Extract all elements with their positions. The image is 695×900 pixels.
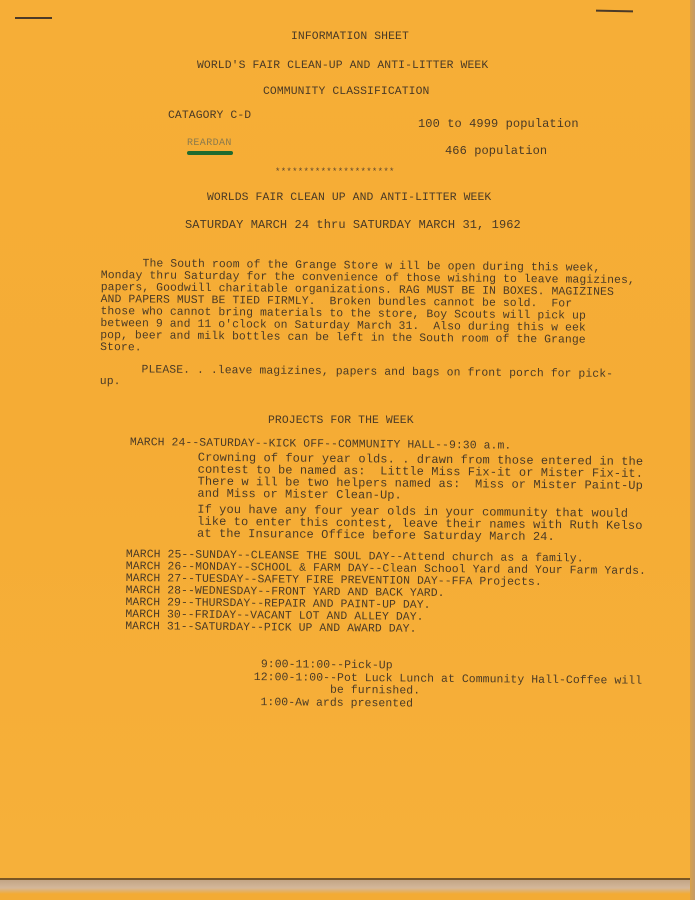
- punch-mark-left: [15, 17, 52, 19]
- event-title: WORLDS FAIR CLEAN UP AND ANTI-LITTER WEE…: [207, 192, 491, 204]
- please-line: up.: [100, 376, 121, 388]
- intro-line: Store.: [100, 342, 142, 354]
- schedule-item: 9:00-11:00--Pick-Up: [254, 659, 393, 672]
- kickoff-detail: at the Insurance Office before Saturday …: [197, 528, 555, 543]
- page-stack-edge: [0, 880, 695, 900]
- town-name: REARDAN: [187, 138, 232, 150]
- asterisk-divider: *********************: [275, 166, 395, 178]
- schedule-item: be furnished.: [254, 684, 421, 698]
- day-item: MARCH 31--SATURDAY--PICK UP AND AWARD DA…: [125, 621, 416, 636]
- kickoff-line: MARCH 24--SATURDAY--KICK OFF--COMMUNITY …: [130, 437, 512, 453]
- classification-heading: COMMUNITY CLASSIFICATION: [263, 86, 429, 98]
- town-population: 466 population: [445, 145, 547, 157]
- event-dates: SATURDAY MARCH 24 thru SATURDAY MARCH 31…: [185, 219, 521, 231]
- schedule-item: 1:00-Aw ards presented: [254, 697, 414, 711]
- category-label: CATAGORY C-D: [168, 110, 251, 122]
- please-line: PLEASE. . .leave magizines, papers and b…: [100, 364, 613, 381]
- green-underline: [187, 151, 233, 155]
- punch-mark-right: [596, 10, 633, 13]
- category-range: 100 to 4999 population: [418, 118, 579, 130]
- document-title: INFORMATION SHEET: [291, 31, 409, 43]
- projects-heading: PROJECTS FOR THE WEEK: [268, 415, 414, 427]
- document-subtitle: WORLD'S FAIR CLEAN-UP AND ANTI-LITTER WE…: [197, 60, 488, 72]
- kickoff-detail: and Miss or Mister Clean-Up.: [197, 488, 402, 502]
- page-right-edge: [690, 0, 695, 900]
- document-page: INFORMATION SHEET WORLD'S FAIR CLEAN-UP …: [0, 0, 691, 880]
